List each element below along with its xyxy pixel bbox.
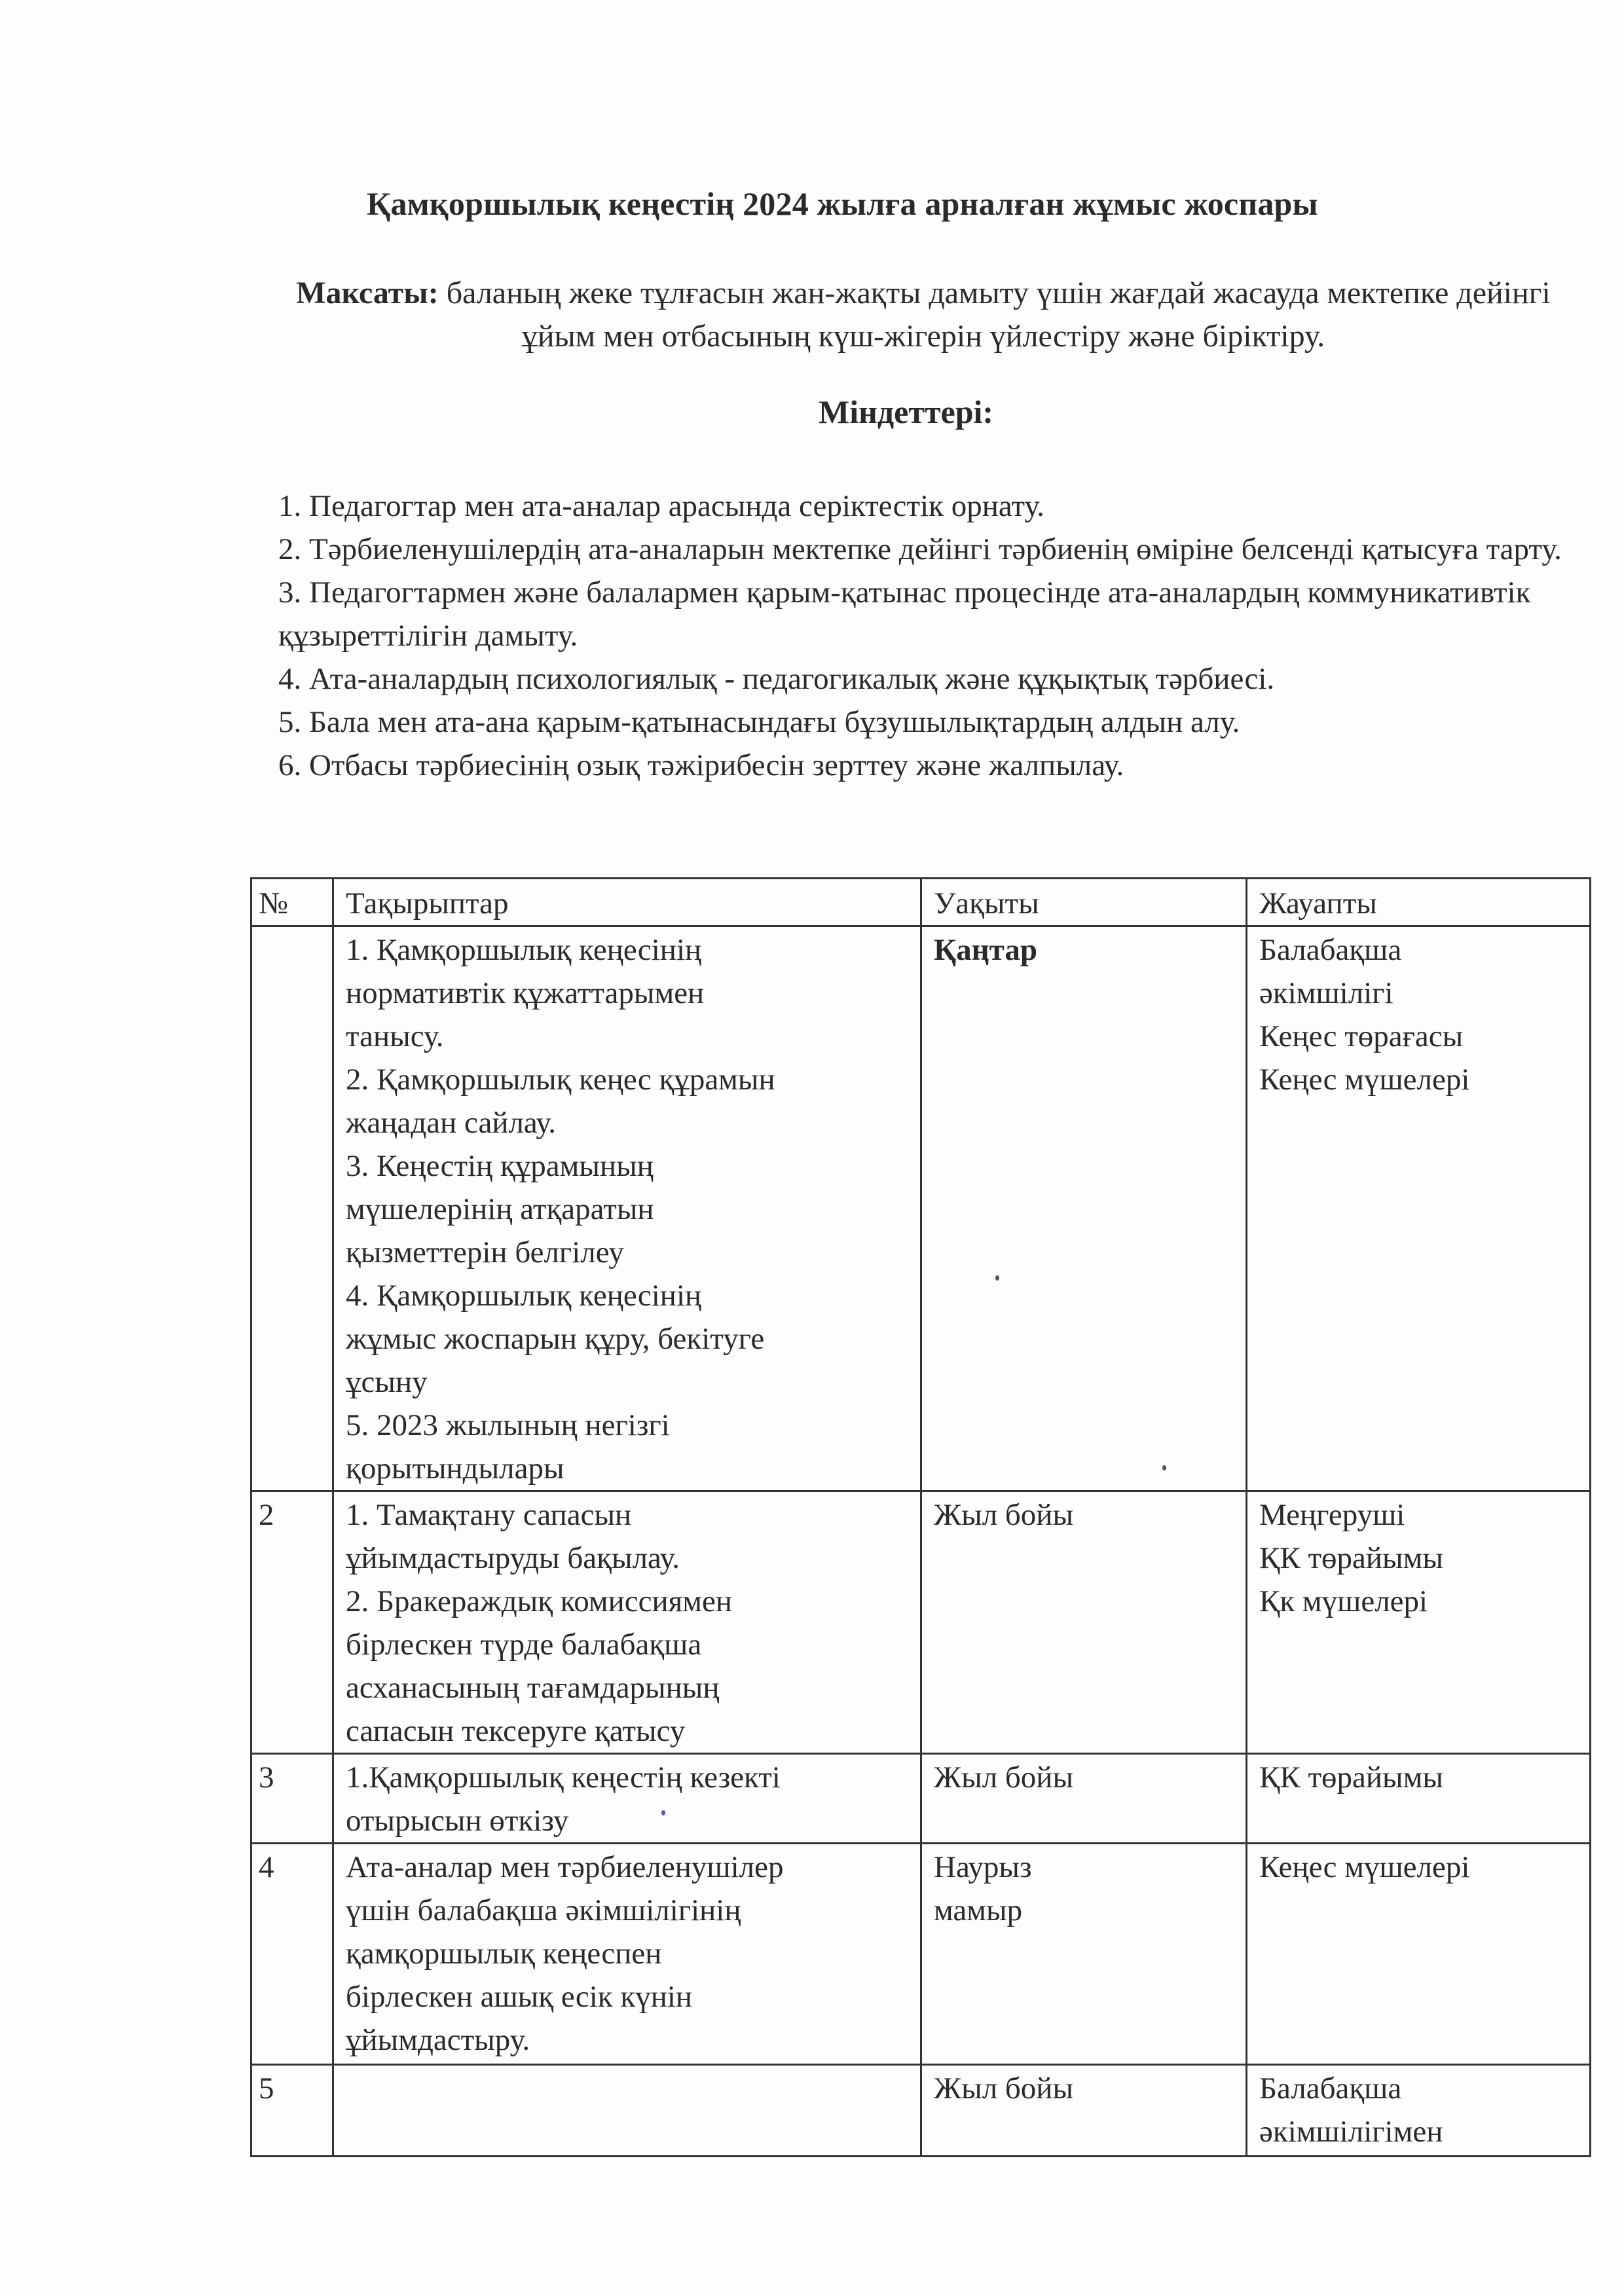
header-responsible: Жауапты <box>1247 879 1591 926</box>
topics-cell-line: жаңадан сайлау. <box>346 1101 911 1144</box>
topics-cell-line: бірлескен түрде балабақша <box>346 1623 911 1666</box>
task-item: 2. Тәрбиеленушілердің ата-аналарын мекте… <box>278 528 1575 571</box>
topics-cell-line: үшін балабақша әкімшілігінің <box>346 1889 911 1932</box>
topics-cell-line: 5. 2023 жылының негізгі <box>346 1404 911 1447</box>
topics-cell: Ата-аналар мен тәрбиеленушілерүшін балаб… <box>333 1844 921 2065</box>
responsible-cell: МеңгерушіҚК төрайымыҚк мүшелері <box>1247 1491 1591 1754</box>
responsible-cell-line: Кеңес мүшелері <box>1259 1846 1580 1889</box>
topics-cell-line: қорытындылары <box>346 1447 911 1490</box>
time-cell-line: Қаңтар <box>934 928 1236 972</box>
row-number: 4 <box>251 1844 333 2065</box>
table-row: 5Жыл бойыБалабақшаәкімшілігімен <box>251 2065 1591 2157</box>
document-page: Қамқоршылық кеңестің 2024 жылға арналған… <box>0 0 1624 2296</box>
topics-cell-line: нормативтік құжаттарымен <box>346 972 911 1015</box>
header-topics: Тақырыптар <box>333 879 921 926</box>
scan-speck <box>1162 1465 1166 1470</box>
topics-cell: 1. Тамақтану сапасынұйымдастыруды бақыла… <box>333 1491 921 1754</box>
tasks-heading: Міндеттері: <box>819 393 993 431</box>
document-title: Қамқоршылық кеңестің 2024 жылға арналған… <box>367 185 1318 223</box>
work-plan-table: № Тақырыптар Уақыты Жауапты 1. Қамқоршыл… <box>250 877 1591 2157</box>
task-item: 4. Ата-аналардың психологиялық - педагог… <box>278 657 1575 701</box>
responsible-cell-line: ҚК төрайымы <box>1259 1537 1580 1580</box>
topics-cell-line: 2. Бракераждық комиссиямен <box>346 1580 911 1623</box>
topics-cell-line: 2. Қамқоршылық кеңес құрамын <box>346 1058 911 1101</box>
responsible-cell-line: Меңгеруші <box>1259 1493 1580 1537</box>
time-cell: Жыл бойы <box>921 1754 1247 1844</box>
goal-text: баланың жеке тұлғасын жан-жақты дамыту ү… <box>439 276 1551 354</box>
responsible-cell-line: Балабақша <box>1259 2067 1580 2110</box>
responsible-cell: Балабақшаәкімшілігімен <box>1247 2065 1591 2157</box>
time-cell: Наурызмамыр <box>921 1844 1247 2065</box>
responsible-cell: БалабақшаәкімшілігіКеңес төрағасыКеңес м… <box>1247 926 1591 1491</box>
topics-cell-line: 3. Кеңестің құрамының <box>346 1144 911 1188</box>
goal-paragraph: Максаты: баланың жеке тұлғасын жан-жақты… <box>282 272 1565 358</box>
table-row: 4Ата-аналар мен тәрбиеленушілерүшін бала… <box>251 1844 1591 2065</box>
header-time: Уақыты <box>921 879 1247 926</box>
topics-cell: 1. Қамқоршылық кеңесініңнормативтік құжа… <box>333 926 921 1491</box>
table-row: 1. Қамқоршылық кеңесініңнормативтік құжа… <box>251 926 1591 1491</box>
header-num: № <box>251 879 333 926</box>
responsible-cell-line: әкімшілігімен <box>1259 2110 1580 2153</box>
topics-cell-line: 1. Тамақтану сапасын <box>346 1493 911 1537</box>
row-number: 5 <box>251 2065 333 2157</box>
time-cell: Жыл бойы <box>921 1491 1247 1754</box>
row-number: 3 <box>251 1754 333 1844</box>
table-row: 21. Тамақтану сапасынұйымдастыруды бақыл… <box>251 1491 1591 1754</box>
topics-cell: 1.Қамқоршылық кеңестің кезектіотырысын ө… <box>333 1754 921 1844</box>
topics-cell-line: отырысын өткізу <box>346 1799 911 1842</box>
row-number: 2 <box>251 1491 333 1754</box>
table-header-row: № Тақырыптар Уақыты Жауапты <box>251 879 1591 926</box>
task-item: 6. Отбасы тәрбиесінің озық тәжірибесін з… <box>278 744 1575 787</box>
topics-cell-line: қамқоршылық кеңеспен <box>346 1932 911 1975</box>
task-item: 3. Педагогтармен және балалармен қарым-қ… <box>278 571 1575 657</box>
time-cell: Жыл бойы <box>921 2065 1247 2157</box>
responsible-cell-line: Қк мүшелері <box>1259 1580 1580 1623</box>
responsible-cell: ҚК төрайымы <box>1247 1754 1591 1844</box>
topics-cell <box>333 2065 921 2157</box>
task-item: 1. Педагогтар мен ата-аналар арасында се… <box>278 484 1575 528</box>
topics-cell-line: бірлескен ашық есік күнін <box>346 1975 911 2018</box>
responsible-cell: Кеңес мүшелері <box>1247 1844 1591 2065</box>
responsible-cell-line: Кеңес мүшелері <box>1259 1058 1580 1101</box>
topics-cell-line: сапасын тексеруге қатысу <box>346 1709 911 1753</box>
tasks-list: 1. Педагогтар мен ата-аналар арасында се… <box>278 484 1575 787</box>
topics-cell-line: ұйымдастыруды бақылау. <box>346 1537 911 1580</box>
row-number <box>251 926 333 1491</box>
goal-label: Максаты: <box>296 276 438 310</box>
responsible-cell-line: Кеңес төрағасы <box>1259 1015 1580 1058</box>
time-cell-line: Жыл бойы <box>934 1756 1236 1799</box>
topics-cell-line: ұйымдастыру. <box>346 2018 911 2062</box>
time-cell-line: мамыр <box>934 1889 1236 1932</box>
topics-cell-line: асханасының тағамдарының <box>346 1666 911 1709</box>
topics-cell-line: жұмыс жоспарын құру, бекітуге <box>346 1317 911 1360</box>
task-item: 5. Бала мен ата-ана қарым-қатынасындағы … <box>278 701 1575 744</box>
topics-cell-line: танысу. <box>346 1015 911 1058</box>
time-cell-line: Наурыз <box>934 1846 1236 1889</box>
responsible-cell-line: әкімшілігі <box>1259 972 1580 1015</box>
topics-cell-line: 1. Қамқоршылық кеңесінің <box>346 928 911 972</box>
table-body: 1. Қамқоршылық кеңесініңнормативтік құжа… <box>251 926 1591 2157</box>
topics-cell-line: 4. Қамқоршылық кеңесінің <box>346 1274 911 1317</box>
time-cell-line: Жыл бойы <box>934 2067 1236 2110</box>
scan-speck <box>995 1275 999 1281</box>
topics-cell-line: Ата-аналар мен тәрбиеленушілер <box>346 1846 911 1889</box>
table-row: 31.Қамқоршылық кеңестің кезектіотырысын … <box>251 1754 1591 1844</box>
time-cell-line: Жыл бойы <box>934 1493 1236 1537</box>
topics-cell-line: мүшелерінің атқаратын <box>346 1188 911 1231</box>
topics-cell-line: қызметтерін белгілеу <box>346 1231 911 1274</box>
time-cell: Қаңтар <box>921 926 1247 1491</box>
responsible-cell-line: ҚК төрайымы <box>1259 1756 1580 1799</box>
topics-cell-line: ұсыну <box>346 1360 911 1404</box>
responsible-cell-line: Балабақша <box>1259 928 1580 972</box>
scan-speck <box>661 1810 665 1815</box>
topics-cell-line: 1.Қамқоршылық кеңестің кезекті <box>346 1756 911 1799</box>
